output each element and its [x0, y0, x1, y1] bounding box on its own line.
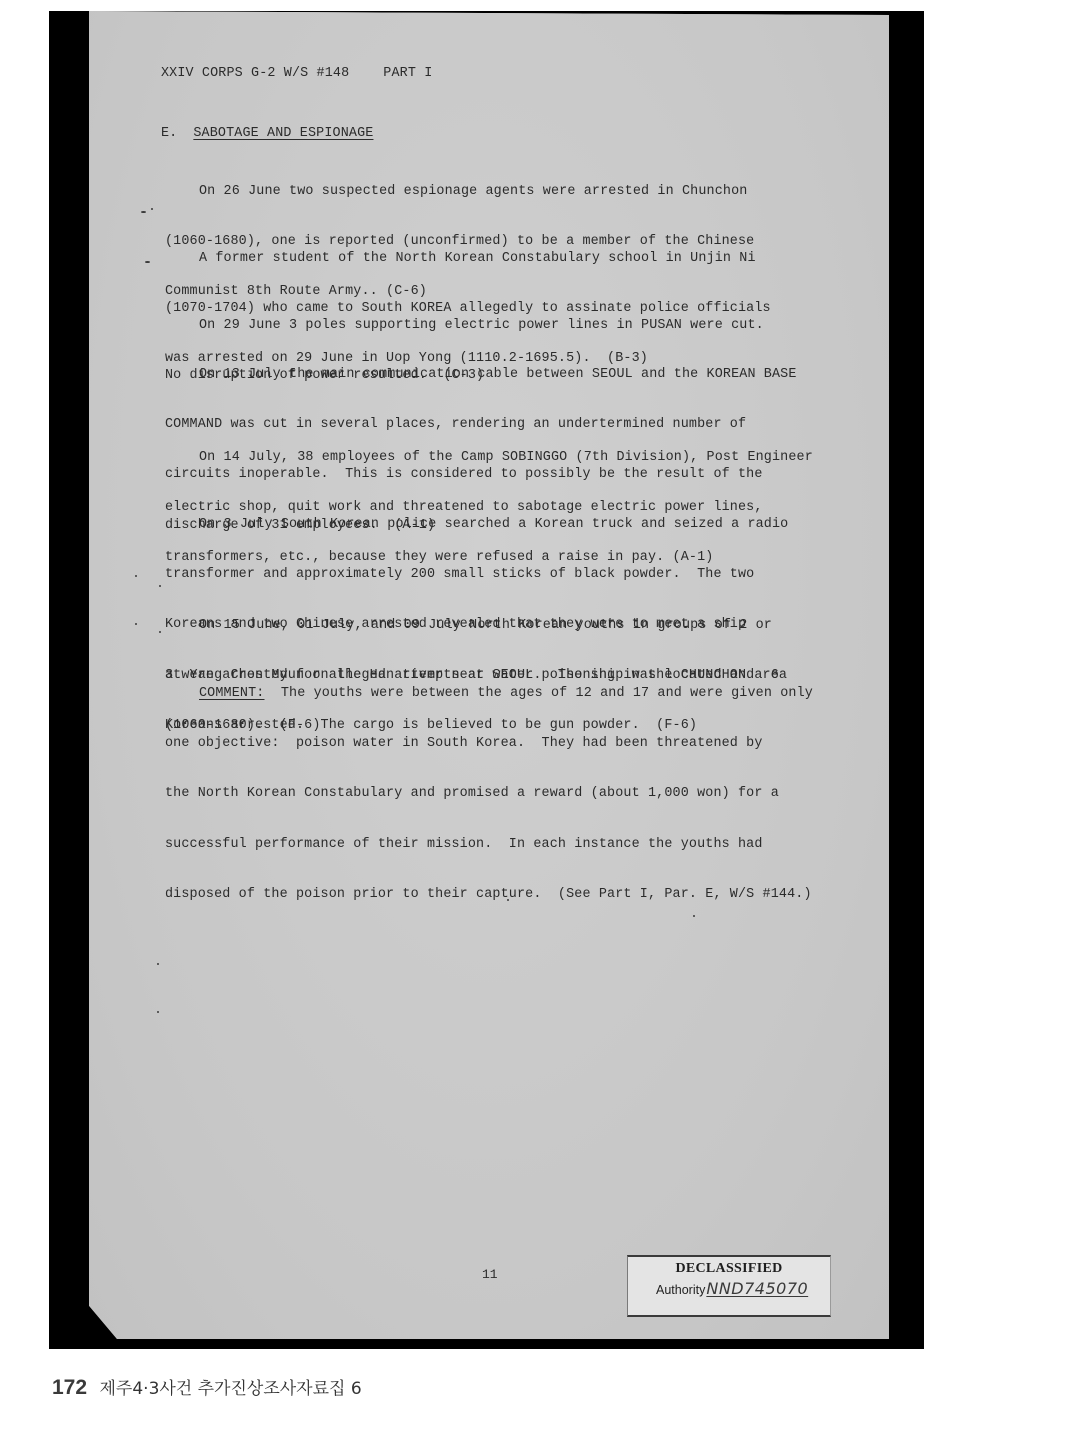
section-title: SABOTAGE AND ESPIONAGE — [193, 126, 373, 141]
margin-mark — [151, 208, 153, 210]
paragraph-line: On 29 June 3 poles supporting electric p… — [165, 318, 845, 335]
paragraph-line: successful performance of their mission.… — [165, 837, 845, 854]
document-page: XXIV CORPS G-2 W/S #148PART I E.SABOTAGE… — [89, 11, 889, 1339]
paragraph-line: disposed of the poison prior to their ca… — [165, 887, 845, 904]
paragraph-line: On 13 July the main communication cable … — [165, 367, 845, 384]
margin-mark — [507, 899, 509, 901]
book-title: 제주4·3사건 추가진상조사자료집 6 — [100, 1379, 362, 1399]
paragraph-line: transformer and approximately 200 small … — [165, 567, 845, 584]
paragraph-line: one objective: poison water in South Kor… — [165, 736, 845, 753]
margin-mark — [145, 261, 150, 263]
authority-label: Authority — [656, 1283, 705, 1297]
book-page-number: 172 — [52, 1376, 87, 1399]
margin-mark — [135, 623, 137, 625]
report-part: PART I — [383, 66, 432, 81]
stamp-authority: AuthorityNND745070 — [656, 1279, 808, 1298]
margin-mark — [135, 575, 137, 577]
margin-mark — [693, 915, 695, 917]
section-heading: E.SABOTAGE AND ESPIONAGE — [161, 126, 373, 143]
report-reference: XXIV CORPS G-2 W/S #148 — [161, 66, 349, 81]
section-letter: E. — [161, 126, 177, 141]
book-footer: 172 제주4·3사건 추가진상조사자료집 6 — [52, 1374, 362, 1400]
authority-value: NND745070 — [706, 1279, 808, 1298]
comment-label: COMMENT: — [199, 686, 265, 701]
paragraph-line: The youths were between the ages of 12 a… — [265, 686, 813, 701]
paragraph-line: the North Korean Constabulary and promis… — [165, 786, 845, 803]
scan-frame: XXIV CORPS G-2 W/S #148PART I E.SABOTAGE… — [49, 11, 924, 1349]
margin-mark — [157, 963, 159, 965]
margin-mark — [141, 211, 146, 213]
margin-mark — [157, 1011, 159, 1013]
comment-first-line: COMMENT: The youths were between the age… — [165, 686, 845, 703]
margin-mark — [159, 585, 161, 587]
paragraph-comment: COMMENT: The youths were between the age… — [165, 652, 845, 938]
paragraph-line: On 15 June, 01 July, and 09 July North K… — [165, 618, 845, 635]
declassified-stamp: DECLASSIFIED AuthorityNND745070 — [627, 1255, 831, 1317]
margin-mark — [159, 631, 161, 633]
document-header: XXIV CORPS G-2 W/S #148PART I — [161, 66, 432, 83]
paragraph-line: On 26 June two suspected espionage agent… — [165, 184, 845, 201]
paragraph-line: On 3 July South Korean police searched a… — [165, 517, 845, 534]
stamp-title: DECLASSIFIED — [628, 1261, 830, 1277]
page-number: 11 — [482, 1267, 498, 1282]
paragraph-line: A former student of the North Korean Con… — [165, 251, 845, 268]
paragraph-line: On 14 July, 38 employees of the Camp SOB… — [165, 450, 845, 467]
